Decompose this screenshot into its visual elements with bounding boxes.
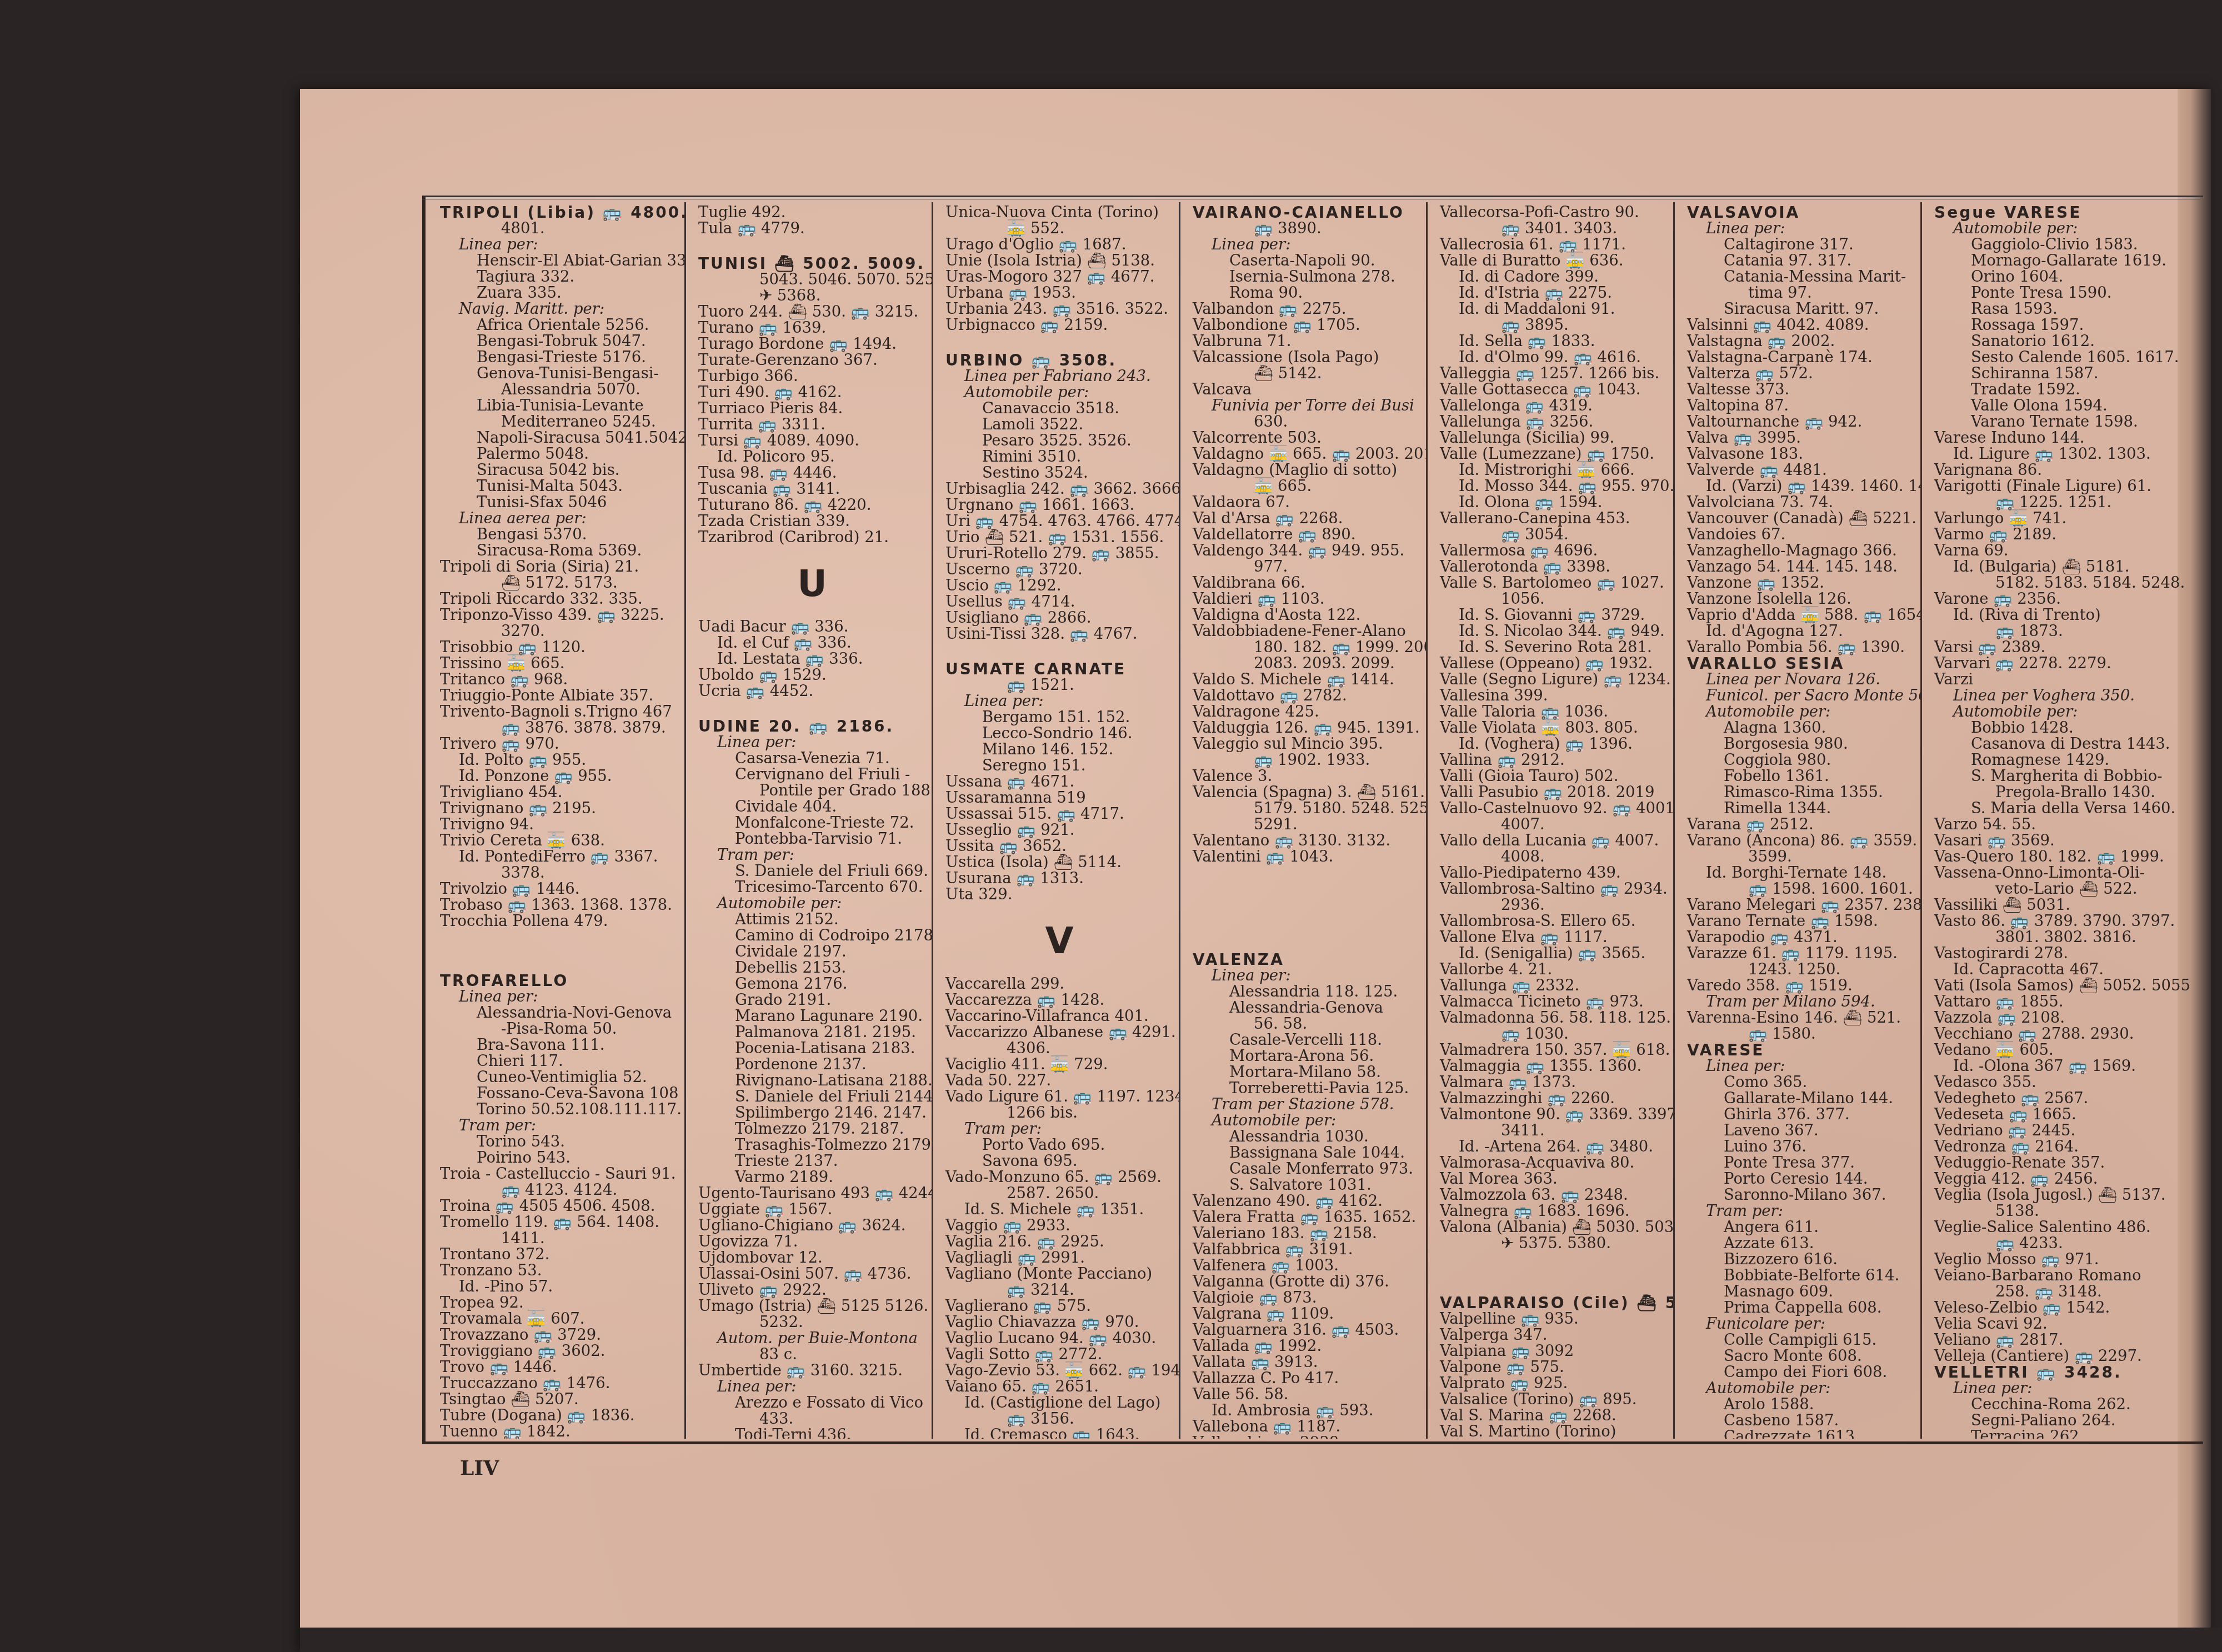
city-heading: TRIPOLI (Libia) 🚌 4800. [440, 204, 679, 221]
spacer [1193, 865, 1420, 908]
entry-continuation: 🚌 1225. 1251. [1934, 494, 2194, 510]
sub-entry: Orino 1604. [1934, 269, 2194, 285]
sub-entry: Id. Polto 🚌 955. [440, 752, 679, 768]
place-entry: Valdagno (Maglio di sotto) [1193, 462, 1420, 478]
entry-continuation: 5179. 5180. 5248. 5252. [1193, 800, 1420, 817]
route-type-label: Linea aerea per: [440, 510, 679, 527]
sub-entry: Trasaghis-Tolmezzo 2179 [698, 1137, 926, 1153]
place-entry: Vallo della Lucania 🚌 4007. [1440, 833, 1668, 849]
sub-entry: Azzate 613. [1687, 1235, 1915, 1251]
sub-entry: Sanatorio 1612. [1934, 333, 2194, 349]
sub-entry: Masnago 609. [1687, 1284, 1915, 1300]
place-entry: Ugovizza 71. [698, 1234, 926, 1250]
page-number: LIV [460, 1456, 499, 1480]
place-entry: Trovo 🚌 1446. [440, 1359, 679, 1375]
entry-continuation: 56. 58. [1193, 1016, 1420, 1032]
sub-entry: Pocenia-Latisana 2183. [698, 1040, 926, 1057]
entry-continuation: Alessandria 5070. [440, 382, 679, 398]
sub-entry: S. Daniele del Friuli 2144. [698, 1089, 926, 1105]
sub-entry: Id. di Cadore 399. [1440, 269, 1668, 285]
sub-entry: Id. Borghi-Ternate 148. [1687, 865, 1915, 881]
place-entry: Vassiliki ⛴ 5031. [1934, 897, 2194, 913]
route-type-label: Linea per: [1193, 968, 1420, 984]
place-entry: Valmadrera 150. 357. 🚋 618. [1440, 1042, 1668, 1058]
sub-entry: Caltagirone 317. [1687, 237, 1915, 253]
place-entry: Tripoli di Soria (Siria) 21. [440, 559, 679, 575]
place-entry: Ussita 🚌 3652. [945, 838, 1173, 854]
spacer [698, 237, 926, 256]
place-entry: Vallelunga 🚌 3256. [1440, 414, 1668, 430]
place-entry: Valentini 🚌 1043. [1193, 849, 1420, 865]
place-entry: Vaiano 65. 🚌 2651. [945, 1379, 1173, 1395]
sub-entry: Gallarate-Milano 144. [1687, 1090, 1915, 1107]
sub-entry: Colle Campigli 615. [1687, 1332, 1915, 1348]
place-entry: Valdottavo 🚌 2782. [1193, 688, 1420, 704]
sub-entry: Id. di Maddaloni 91. [1440, 301, 1668, 317]
place-entry: Valmorasa-Acquaviva 80. [1440, 1155, 1668, 1171]
place-entry: Tronzano 53. [440, 1263, 679, 1279]
place-entry: Valdagno 🚋 665. 🚌 2003. 2014 [1193, 446, 1420, 462]
place-entry: Vallerano-Canepina 453. [1440, 510, 1668, 527]
city-heading: Segue VARESE [1934, 204, 2194, 221]
entry-continuation: 🚌 3401. 3403. [1440, 221, 1668, 237]
place-entry: Vagliano (Monte Pacciano) [945, 1266, 1173, 1282]
sub-entry: Torreberetti-Pavia 125. [1193, 1080, 1420, 1097]
sub-entry: Id. (Varzi) 🚌 1439. 1460. 1469 [1687, 478, 1915, 494]
place-entry: Vaglierano 🚌 575. [945, 1298, 1173, 1314]
sub-entry: Monfalcone-Trieste 72. [698, 815, 926, 831]
route-type-label: Automobile per: [1687, 704, 1915, 720]
place-entry: Trovazzano 🚌 3729. [440, 1327, 679, 1343]
sub-entry: Id. d'Agogna 127. [1687, 623, 1915, 639]
place-entry: Vallombrosa-S. Ellero 65. [1440, 913, 1668, 929]
route-type-label: Tram per: [1687, 1203, 1915, 1219]
sub-entry: Siracusa 5042 bis. [440, 462, 679, 478]
place-entry: Varmo 🚌 2189. [1934, 527, 2194, 543]
sub-entry: Id. S. Nicolao 344. 🚌 949. [1440, 623, 1668, 639]
place-entry: Ururi-Rotello 279. 🚌 3855. [945, 545, 1173, 562]
place-entry: Varazze 61. 🚌 1179. 1195. [1687, 945, 1915, 962]
sub-entry: Bassignana Sale 1044. [1193, 1145, 1420, 1161]
sub-entry: Id. Mosso 344. 🚌 955. 970. [1440, 478, 1668, 494]
place-entry: Vallesina 399. [1440, 688, 1668, 704]
place-entry: Valvolciana 73. 74. [1687, 494, 1915, 510]
sub-entry: Id. d'Istria 🚌 2275. [1440, 285, 1668, 301]
place-entry: Ugliano-Chigiano 🚌 3624. [698, 1218, 926, 1234]
place-entry: Valle 56. 58. [1193, 1386, 1420, 1403]
sub-entry: Alessandria 118. 125. [1193, 984, 1420, 1000]
place-entry: Valle Taloria 🚌 1036. [1440, 704, 1668, 720]
sub-entry: Id. S. Severino Rota 281. [1440, 639, 1668, 655]
sub-entry: Tradate 1592. [1934, 382, 2194, 398]
sub-entry: Lamoli 3522. [945, 417, 1173, 433]
place-entry: Trocchia Pollena 479. [440, 913, 679, 929]
route-type-label: Funicolare per: [1687, 1316, 1915, 1332]
sub-entry: Romagnese 1429. [1934, 752, 2194, 768]
sub-entry: Porto Ceresio 144. [1687, 1171, 1915, 1187]
place-entry: Varna 69. [1934, 543, 2194, 559]
sub-entry: Prima Cappella 608. [1687, 1300, 1915, 1316]
spacer [440, 929, 679, 973]
sub-entry: Id. Ligure 🚌 1302. 1303. [1934, 446, 2194, 462]
entry-continuation: 3411. [1440, 1123, 1668, 1139]
place-entry: Ucria 🚌 4452. [698, 683, 926, 699]
place-entry: Valcorrente 503. [1193, 430, 1420, 446]
place-entry: Valsinni 🚌 4042. 4089. [1687, 317, 1915, 333]
entry-continuation: 2936. [1440, 897, 1668, 913]
place-entry: Triviglianо 454. [440, 784, 679, 800]
sub-entry: Laveno 367. [1687, 1123, 1915, 1139]
place-entry: Vallata 🚌 3913. [1193, 1354, 1420, 1370]
route-type-label: Automobile per: [1687, 1380, 1915, 1396]
sub-entry: Attimis 2152. [698, 912, 926, 928]
place-entry: Urbana 🚌 1953. [945, 285, 1173, 301]
sub-entry: Terracina 262. [1934, 1429, 2194, 1439]
entry-continuation: 258. 🚌 3148. [1934, 1284, 2194, 1300]
place-entry: Uta 329. [945, 887, 1173, 903]
place-entry: Varigotti (Finale Ligure) 61. [1934, 478, 2194, 494]
entry-continuation: 1411. [440, 1230, 679, 1246]
entry-continuation: 3270. [440, 623, 679, 639]
place-entry: Varese Induno 144. [1934, 430, 2194, 446]
entry-continuation: 🚌 4233. [1934, 1235, 2194, 1251]
place-entry: Varlungo 🚋 741. [1934, 510, 2194, 527]
place-entry: Valverde 🚌 4481. [1687, 462, 1915, 478]
place-entry: Tritanco 🚌 968. [440, 672, 679, 688]
entry-continuation: 2587. 2650. [945, 1185, 1173, 1202]
route-type-label: Automobile per: [1934, 221, 2194, 237]
place-entry: Valterza 🚌 572. [1687, 366, 1915, 382]
place-entry: Valmacca Ticineto 🚌 973. [1440, 994, 1668, 1010]
place-entry: Valmadonna 56. 58. 118. 125. [1440, 1010, 1668, 1026]
place-entry: Val S. Martino (Torino) [1440, 1424, 1668, 1439]
sub-entry: Cuneo-Ventimiglia 52. [440, 1069, 679, 1085]
entry-continuation: 977. [1193, 559, 1420, 575]
sub-entry: Rimasco-Rima 1355. [1687, 784, 1915, 800]
sub-entry: Roma 90. [1193, 285, 1420, 301]
place-entry: Vago-Zevio 53. 🚋 662. 🚌 1942. [945, 1363, 1173, 1379]
city-heading: VARALLO SESIA [1687, 655, 1915, 672]
place-entry: Turbigo 366. [698, 368, 926, 384]
place-entry: Valeriano 183. 🚌 2158. [1193, 1225, 1420, 1241]
place-entry: Vancouver (Canadà) ⛴ 5221. [1687, 510, 1915, 527]
place-entry: Valnegra 🚌 1683. 1696. [1440, 1203, 1668, 1219]
place-entry: Vallina 🚌 2912. [1440, 752, 1668, 768]
place-entry: Turi 490. 🚌 4162. [698, 384, 926, 401]
index-column-2: Tuglie 492.Tula 🚌 4779.TUNISI ⛴ 5002. 50… [686, 202, 933, 1439]
entry-continuation: 4007. [1440, 817, 1668, 833]
top-rule [422, 199, 2200, 199]
sub-entry: Rivignano-Latisana 2188. [698, 1073, 926, 1089]
entry-continuation: -Pisa-Roma 50. [440, 1021, 679, 1037]
sub-entry: Campo dei Fiori 608. [1687, 1364, 1915, 1380]
sub-entry: Mornago-Gallarate 1619. [1934, 253, 2194, 269]
place-entry: Valle di Buratto 🚋 636. [1440, 253, 1668, 269]
entry-continuation: 🚌 1598. 1600. 1601. [1687, 881, 1915, 897]
sub-entry: Id. (Voghera) 🚌 1396. [1440, 736, 1668, 752]
place-entry: Valle Violata 🚋 803. 805. [1440, 720, 1668, 736]
sub-entry: Siracusa Maritt. 97. [1687, 301, 1915, 317]
sub-entry: Id. el Cuf 🚌 336. [698, 635, 926, 651]
sub-entry: S. Maria della Versa 1460. [1934, 800, 2194, 817]
place-entry: Valona (Albania) ⛴ 5030. 5031. [1440, 1219, 1668, 1235]
place-entry: Tropea 92. [440, 1295, 679, 1311]
place-entry: Valpone 🚌 575. [1440, 1359, 1668, 1375]
place-entry: Valdo S. Michele 🚌 1414. [1193, 672, 1420, 688]
place-entry: Triponzo-Visso 439. 🚌 3225. [440, 607, 679, 623]
sub-entry: Pesaro 3525. 3526. [945, 433, 1173, 449]
place-entry: Valsalice (Torino) 🚌 895. [1440, 1391, 1668, 1408]
route-type-label: Navig. Maritt. per: [440, 301, 679, 317]
place-entry: Valva 🚌 3995. [1687, 430, 1915, 446]
place-entry: Varano (Ancona) 86. 🚌 3559. [1687, 833, 1915, 849]
index-column-7: Segue VARESEAutomobile per:Gaggiolo-Cliv… [1922, 202, 2200, 1439]
place-entry: Veglia (Isola Jugosl.) ⛴ 5137. [1934, 1187, 2194, 1203]
sub-entry: Casale Monferrato 973. [1193, 1161, 1420, 1177]
place-entry: Turago Bordone 🚌 1494. [698, 336, 926, 352]
entry-continuation: 🚌 1030. [1440, 1026, 1668, 1042]
place-entry: Trontano 372. [440, 1246, 679, 1263]
place-entry: Uliveto 🚌 2922. [698, 1282, 926, 1298]
place-entry: Vanzone 🚌 1352. [1687, 575, 1915, 591]
sub-entry: Bobbiate-Belforte 614. [1687, 1268, 1915, 1284]
entry-continuation: 4801. [440, 221, 679, 237]
sub-entry: Id. Ambrosia 🚌 593. [1193, 1403, 1420, 1419]
place-entry: Uscio 🚌 1292. [945, 578, 1173, 594]
sub-entry: Palermo 5048. [440, 446, 679, 462]
sub-entry: Poirino 543. [440, 1150, 679, 1166]
route-type-label: Tram per: [945, 1121, 1173, 1137]
section-letter: U [698, 559, 926, 609]
place-entry: Valle (Segno Ligure) 🚌 1234. [1440, 672, 1668, 688]
entry-continuation: 🚌 3895. [1440, 317, 1668, 333]
sub-entry: Id. Sella 🚌 1833. [1440, 333, 1668, 349]
place-entry: Vaccarezza 🚌 1428. [945, 992, 1173, 1008]
place-entry: Valle S. Bartolomeo 🚌 1027. [1440, 575, 1668, 591]
place-entry: Valbondione 🚌 1705. [1193, 317, 1420, 333]
route-type-label: Tram per: [440, 1118, 679, 1134]
place-entry: Troina 🚌 4505 4506. 4508. [440, 1198, 679, 1214]
place-entry: Valpiana 🚌 3092 [1440, 1343, 1668, 1359]
place-entry: Varedo 358. 🚌 1519. [1687, 978, 1915, 994]
place-entry: Varignana 86. [1934, 462, 2194, 478]
place-entry: Valfabbrica 🚌 3191. [1193, 1241, 1420, 1258]
sub-entry: Canavaccio 3518. [945, 401, 1173, 417]
route-type-label: Automobile per: [1193, 1113, 1420, 1129]
place-entry: Vaccarino-Villafranca 401. [945, 1008, 1173, 1024]
place-entry: Val Morea 363. [1440, 1171, 1668, 1187]
place-entry: Trissino 🚋 665. [440, 655, 679, 672]
sub-entry: Id. PontediFerro 🚌 3367. [440, 849, 679, 865]
place-entry: Vanzone Isolella 126. [1687, 591, 1915, 607]
sub-entry: Id. Olona 🚌 1594. [1440, 494, 1668, 510]
place-entry: Valguarnera 316. 🚌 4503. [1193, 1322, 1420, 1338]
place-entry: Velia Scavi 92. [1934, 1316, 2194, 1332]
place-entry: Vati (Isola Samos) ⛴ 5052. 5055 [1934, 978, 2194, 994]
index-column-3: Unica-Nuova Cinta (Torino)🚋 552.Urago d'… [933, 202, 1180, 1439]
place-entry: Uscerno 🚌 3720. [945, 562, 1173, 578]
place-entry: Vallazza C. Po 417. [1193, 1370, 1420, 1386]
place-entry: Valtesse 373. [1687, 382, 1915, 398]
place-entry: Vedano 🚋 605. [1934, 1042, 2194, 1058]
entry-continuation: 5232. [698, 1314, 926, 1330]
entry-continuation: ✈ 5375. 5380. [1440, 1235, 1668, 1251]
sub-entry: Alagna 1360. [1687, 720, 1915, 736]
route-type-label: Linea per: [1687, 221, 1915, 237]
place-entry: Unica-Nuova Cinta (Torino) [945, 204, 1173, 221]
place-entry: Troia - Castelluccio - Sauri 91. [440, 1166, 679, 1182]
entry-continuation: 🚌 3156. [945, 1411, 1173, 1427]
entry-continuation: ⛴ 5172. 5173. [440, 575, 679, 591]
sub-entry: Cividale 404. [698, 799, 926, 815]
sub-entry: Spilimbergo 2146. 2147. [698, 1105, 926, 1121]
place-entry: Vas-Quero 180. 182. 🚌 1999. [1934, 849, 2194, 865]
place-entry: Velleja (Cantiere) 🚌 2297. [1934, 1348, 2194, 1364]
sub-entry: Gemona 2176. [698, 976, 926, 992]
place-entry: Valdigna d'Aosta 122. [1193, 607, 1420, 623]
route-type-label: Tram per Stazione 578. [1193, 1097, 1420, 1113]
place-entry: Vedeseta 🚌 1665. [1934, 1107, 2194, 1123]
sub-entry: Id. (Riva di Trento) [1934, 607, 2194, 623]
index-columns: TRIPOLI (Libia) 🚌 4800.4801.Linea per:He… [428, 202, 2200, 1439]
sub-entry: Gaggiolo-Clivio 1583. [1934, 237, 2194, 253]
place-entry: Valduggia 126. 🚌 945. 1391. [1193, 720, 1420, 736]
sub-entry: Id. Lestata 🚌 336. [698, 651, 926, 667]
place-entry: Tula 🚌 4779. [698, 221, 926, 237]
place-entry: Valgioie 🚌 873. [1193, 1290, 1420, 1306]
place-entry: Vallo-Piedipaterno 439. [1440, 865, 1668, 881]
place-entry: Vedriano 🚌 2445. [1934, 1123, 2194, 1139]
entry-continuation: 3801. 3802. 3816. [1934, 929, 2194, 945]
sub-entry: Zuara 335. [440, 285, 679, 301]
place-entry: Vado-Monzuno 65. 🚌 2569. [945, 1169, 1173, 1185]
sub-entry: Pordenone 2137. [698, 1057, 926, 1073]
sub-entry: Sestino 3524. [945, 465, 1173, 481]
sub-entry: Id. Mistrorighi 🚋 666. [1440, 462, 1668, 478]
place-entry: Vazzola 🚌 2108. [1934, 1010, 2194, 1026]
spacer [1193, 908, 1420, 952]
sub-entry: Rossaga 1597. [1934, 317, 2194, 333]
sub-entry: Saronno-Milano 367. [1687, 1187, 1915, 1203]
place-entry: Vaglia 216. 🚌 2925. [945, 1234, 1173, 1250]
place-entry: Val d'Arsa 🚌 2268. [1193, 510, 1420, 527]
entry-continuation: 180. 182. 🚌 1999. 2009. [1193, 639, 1420, 655]
entry-continuation: 🚌 4123. 4124. [440, 1182, 679, 1198]
place-entry: Veglio Mosso 🚌 971. [1934, 1251, 2194, 1268]
place-entry: Vasari 🚌 3569. [1934, 833, 2194, 849]
city-heading: UDINE 20. 🚌 2186. [698, 718, 926, 734]
place-entry: Tubre (Dogana) 🚌 1836. [440, 1408, 679, 1424]
place-entry: Valmaggia 🚌 1355. 1360. [1440, 1058, 1668, 1074]
entry-continuation: Pontile per Grado 188. [698, 783, 926, 799]
sub-entry: Bengasi 5370. [440, 527, 679, 543]
sub-entry: Borgosesia 980. [1687, 736, 1915, 752]
place-entry: Vallone Elva 🚌 1117. [1440, 929, 1668, 945]
entry-continuation: 1266 bis. [945, 1105, 1173, 1121]
place-entry: Vaccarizzo Albanese 🚌 4291. [945, 1024, 1173, 1040]
place-entry: Veduggio-Renate 357. [1934, 1155, 2194, 1171]
place-entry: Ujdombovar 12. [698, 1250, 926, 1266]
place-entry: Valli (Gioia Tauro) 502. [1440, 768, 1668, 784]
entry-continuation: ✈ 5368. [698, 288, 926, 304]
place-entry: Ustica (Isola) ⛴ 5114. [945, 854, 1173, 870]
sub-entry: Tricesimo-Tarcento 670. [698, 879, 926, 895]
place-entry: Valdibrana 66. [1193, 575, 1420, 591]
place-entry: Urago d'Oglio 🚌 1687. [945, 237, 1173, 253]
sub-entry: Milano 146. 152. [945, 742, 1173, 758]
route-type-label: Linea per: [698, 734, 926, 750]
place-entry: Vallelonga 🚌 4319. [1440, 398, 1668, 414]
place-entry: Turriaco Pieris 84. [698, 401, 926, 417]
place-entry: Vedasco 355. [1934, 1074, 2194, 1090]
sub-entry: Bizzozero 616. [1687, 1251, 1915, 1268]
sub-entry: Arezzo e Fossato di Vico [698, 1395, 926, 1411]
entry-continuation: 🚋 552. [945, 221, 1173, 237]
place-entry: Vada 50. 227. [945, 1073, 1173, 1089]
place-entry: Vaciglio 411. 🚋 729. [945, 1057, 1173, 1073]
entry-continuation: veto-Lario ⛴ 522. [1934, 881, 2194, 897]
place-entry: Valcassione (Isola Pago) [1193, 349, 1420, 366]
place-entry: Trivolzio 🚌 1446. [440, 881, 679, 897]
sub-entry: Marano Lagunare 2190. [698, 1008, 926, 1024]
entry-continuation: 🚌 3054. [1440, 527, 1668, 543]
place-entry: Trisobbio 🚌 1120. [440, 639, 679, 655]
place-entry: Valmontone 90. 🚌 3369. 3397. [1440, 1107, 1668, 1123]
place-entry: Urgnano 🚌 1661. 1663. [945, 497, 1173, 513]
place-entry: Vallecorsa-Pofi-Castro 90. [1440, 204, 1668, 221]
city-heading: VARESE [1687, 1042, 1915, 1058]
place-entry: Turate-Gerenzano 367. [698, 352, 926, 368]
sub-entry: Porto Vado 695. [945, 1137, 1173, 1153]
place-entry: Vallebona 🚌 1187. [1193, 1419, 1420, 1435]
route-type-label: Automobile per: [945, 384, 1173, 401]
sub-entry: Napoli-Siracusa 5041.5042 [440, 430, 679, 446]
place-entry: Tusa 98. 🚌 4446. [698, 465, 926, 481]
place-entry: Tsingtao ⛴ 5207. [440, 1391, 679, 1408]
section-letter: V [945, 916, 1173, 966]
place-entry: Veliano 🚌 2817. [1934, 1332, 2194, 1348]
place-entry: Vallo-Castelnuovo 92. 🚌 4001. [1440, 800, 1668, 817]
place-entry: Usini-Tissi 328. 🚌 4767. [945, 626, 1173, 642]
route-type-label: Linea per Novara 126. [1687, 672, 1915, 688]
sub-entry: Sacro Monte 608. [1687, 1348, 1915, 1364]
sub-entry: Catania 97. 317. [1687, 253, 1915, 269]
place-entry: Urbisaglia 242. 🚌 3662. 3666. [945, 481, 1173, 497]
place-entry: Tuenno 🚌 1842. [440, 1424, 679, 1439]
place-entry: Veggia 412. 🚌 2456. [1934, 1171, 2194, 1187]
sub-entry: Henscir-El Abiat-Garian 331. [440, 253, 679, 269]
sub-entry: Alessandria-Genova [1193, 1000, 1420, 1016]
sub-entry: Id. d'Olmo 99. 🚌 4616. [1440, 349, 1668, 366]
entry-continuation: Pregola-Brallo 1430. [1934, 784, 2194, 800]
place-entry: Tuturano 86. 🚌 4220. [698, 497, 926, 513]
sub-entry: Seregno 151. [945, 758, 1173, 774]
place-entry: Varapodio 🚌 4371. [1687, 929, 1915, 945]
place-entry: Vallese (Oppeano) 🚌 1932. [1440, 655, 1668, 672]
entry-continuation: 🚌 1873. [1934, 623, 2194, 639]
entry-continuation: 🚌 3876. 3878. 3879. [440, 720, 679, 736]
place-entry: Varano Melegari 🚌 2357. 2389. [1687, 897, 1915, 913]
sub-entry: Chieri 117. [440, 1053, 679, 1069]
entry-continuation: 4008. [1440, 849, 1668, 865]
place-entry: Valmara 🚌 1373. [1440, 1074, 1668, 1090]
place-entry: Varvari 🚌 2278. 2279. [1934, 655, 2194, 672]
place-entry: Valperga 347. [1440, 1327, 1668, 1343]
place-entry: Varsi 🚌 2389. [1934, 639, 2194, 655]
place-entry: Turrita 🚌 3311. [698, 417, 926, 433]
sub-entry: S. Margherita di Bobbio- [1934, 768, 2194, 784]
index-column-6: VALSAVOIALinea per:Caltagirone 317.Catan… [1675, 202, 1922, 1439]
